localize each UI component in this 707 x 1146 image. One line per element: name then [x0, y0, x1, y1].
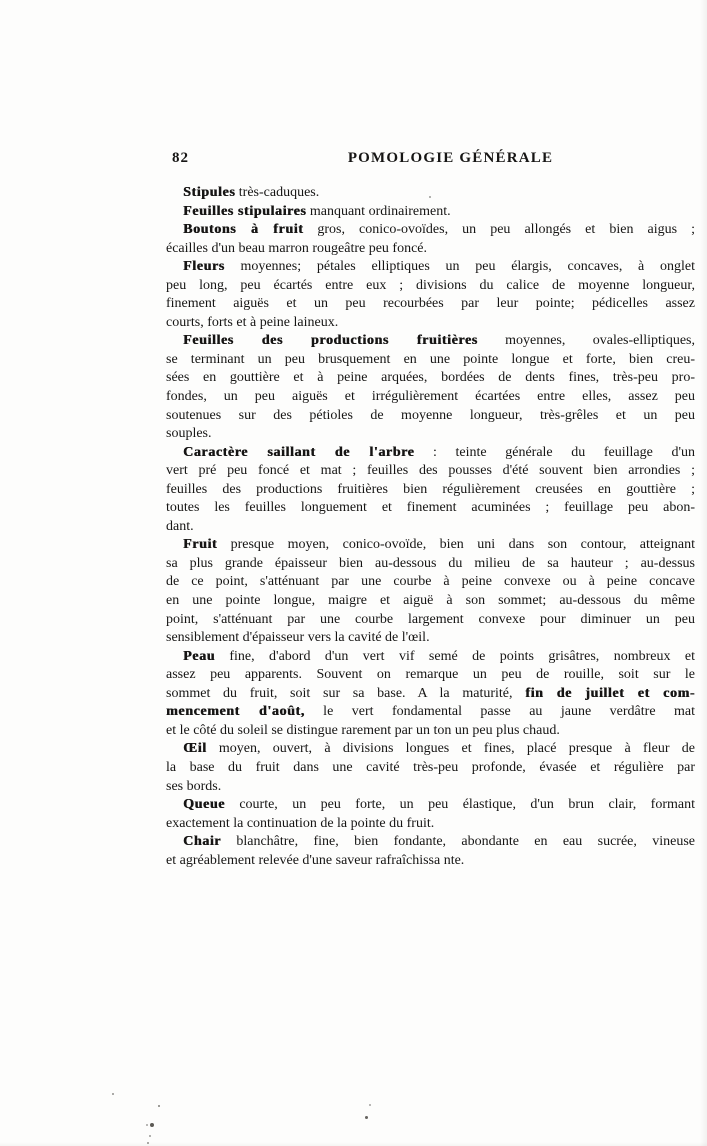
scan-speck — [158, 1105, 160, 1107]
scan-speck — [149, 1135, 151, 1137]
bold-lead: Boutons à fruit — [183, 222, 303, 237]
text-line: écailles d'un beau marron rougeâtre peu … — [166, 240, 695, 259]
text-segment: sées en gouttière et à peine arquées, bo… — [166, 370, 695, 385]
text-segment: assez peu apparents. Souvent on remarque… — [166, 667, 695, 682]
text-line: de ce point, s'atténuant par une courbe … — [166, 573, 695, 592]
text-segment: de ce point, s'atténuant par une courbe … — [166, 574, 695, 589]
text-line: peu long, peu écartés entre eux ; divisi… — [166, 277, 695, 296]
text-segment: ses bords. — [166, 779, 221, 794]
text-line: feuilles des productions fruitières bien… — [166, 481, 695, 500]
text-line: Queue courte, un peu forte, un peu élast… — [166, 796, 695, 815]
paragraph: Œil moyen, ouvert, à divisions longues e… — [166, 740, 695, 796]
text-segment: moyennes, ovales-elliptiques, — [478, 333, 695, 348]
text-line: se terminant un peu brusquement en une p… — [166, 351, 695, 370]
paragraph: Stipules très-caduques. — [166, 184, 695, 203]
text-line: la base du fruit dans une cavité très-pe… — [166, 759, 695, 778]
page-header: 82 POMOLOGIE GÉNÉRALE — [166, 150, 695, 167]
text-segment: exactement la continuation de la pointe … — [166, 816, 434, 831]
text-segment: finement aiguës et un peu recourbées par… — [166, 296, 695, 311]
text-segment: sommet du fruit, soit sur sa base. A la … — [166, 686, 525, 701]
bold-lead: fin de juillet et com- — [525, 686, 695, 701]
text-line: fondes, un peu aiguës et irrégulièrement… — [166, 388, 695, 407]
text-line: Feuilles des productions fruitières moye… — [166, 332, 695, 351]
text-segment: point, s'atténuant par une courbe largem… — [166, 612, 695, 627]
text-line: vert pré peu foncé et mat ; feuilles des… — [166, 462, 695, 481]
text-segment: gros, conico-ovoïdes, un peu allongés et… — [303, 222, 695, 237]
scan-speck — [112, 1093, 114, 1095]
text-segment: moyen, ouvert, à divisions longues et fi… — [207, 741, 695, 756]
text-segment: très-caduques. — [235, 185, 319, 200]
text-line: sées en gouttière et à peine arquées, bo… — [166, 369, 695, 388]
paragraph: Feuilles des productions fruitières moye… — [166, 332, 695, 443]
text-segment: courts, forts et à peine laineux. — [166, 315, 338, 330]
text-segment: courte, un peu forte, un peu élastique, … — [225, 797, 695, 812]
text-segment: et le côté du soleil se distingue rareme… — [166, 723, 560, 738]
text-line: et agréablement relevée d'une saveur raf… — [166, 852, 695, 871]
text-segment: se terminant un peu brusquement en une p… — [166, 352, 695, 367]
bold-lead: Queue — [183, 797, 225, 812]
bold-lead: Caractère saillant de l'arbre — [183, 445, 414, 460]
paragraph: Boutons à fruit gros, conico-ovoïdes, un… — [166, 221, 695, 258]
text-segment: presque moyen, conico-ovoïde, bien uni d… — [217, 537, 695, 552]
scan-speck — [146, 1124, 148, 1126]
text-segment: peu long, peu écartés entre eux ; divisi… — [166, 278, 695, 293]
bold-lead: Stipules — [183, 185, 235, 200]
book-page: 82 POMOLOGIE GÉNÉRALE Stipules très-cadu… — [0, 0, 707, 1146]
text-segment: toutes les feuilles longuement et fineme… — [166, 500, 695, 515]
text-segment: feuilles des productions fruitières bien… — [166, 482, 695, 497]
page-number: 82 — [172, 150, 189, 167]
text-segment: écailles d'un beau marron rougeâtre peu … — [166, 241, 427, 256]
scan-speck — [147, 1142, 149, 1144]
bold-lead: Chair — [183, 834, 221, 849]
text-line: Chair blanchâtre, fine, bien fondante, a… — [166, 833, 695, 852]
text-line: exactement la continuation de la pointe … — [166, 815, 695, 834]
running-title: POMOLOGIE GÉNÉRALE — [166, 150, 695, 167]
paragraph: Caractère saillant de l'arbre : teinte g… — [166, 444, 695, 537]
paragraph: Feuilles stipulaires manquant ordinairem… — [166, 203, 695, 222]
paragraph: Chair blanchâtre, fine, bien fondante, a… — [166, 833, 695, 870]
paragraph: Fleurs moyennes; pétales elliptiques un … — [166, 258, 695, 332]
bold-lead: Œil — [183, 741, 207, 756]
text-segment: sensiblement d'épaisseur vers la cavité … — [166, 630, 430, 645]
bold-lead: Feuilles des productions fruitières — [183, 333, 478, 348]
bold-lead: Peau — [183, 649, 215, 664]
text-line: courts, forts et à peine laineux. — [166, 314, 695, 333]
text-line: en une pointe longue, maigre et aiguë à … — [166, 592, 695, 611]
text-line: toutes les feuilles longuement et fineme… — [166, 499, 695, 518]
text-segment: et agréablement relevée d'une saveur raf… — [166, 853, 464, 868]
text-line: Feuilles stipulaires manquant ordinairem… — [166, 203, 695, 222]
paragraph: Queue courte, un peu forte, un peu élast… — [166, 796, 695, 833]
bold-lead: Feuilles stipulaires — [183, 204, 306, 219]
text-line: sommet du fruit, soit sur sa base. A la … — [166, 685, 695, 704]
text-line: souples. — [166, 425, 695, 444]
paragraph: Peau fine, d'abord d'un vert vif semé de… — [166, 648, 695, 741]
text-segment: la base du fruit dans une cavité très-pe… — [166, 760, 695, 775]
text-line: assez peu apparents. Souvent on remarque… — [166, 666, 695, 685]
text-segment: fondes, un peu aiguës et irrégulièrement… — [166, 389, 695, 404]
text-line: dant. — [166, 518, 695, 537]
text-line: point, s'atténuant par une courbe largem… — [166, 611, 695, 630]
bold-lead: Fruit — [183, 537, 217, 552]
text-segment: vert pré peu foncé et mat ; feuilles des… — [166, 463, 695, 478]
text-line: ses bords. — [166, 778, 695, 797]
bold-lead: mencement d'août, — [166, 704, 305, 719]
text-segment: sa plus grande épaisseur bien au-dessous… — [166, 556, 695, 571]
text-line: Fleurs moyennes; pétales elliptiques un … — [166, 258, 695, 277]
text-line: Stipules très-caduques. — [166, 184, 695, 203]
text-line: mencement d'août, le vert fondamental pa… — [166, 703, 695, 722]
text-segment: dant. — [166, 519, 194, 534]
text-line: finement aiguës et un peu recourbées par… — [166, 295, 695, 314]
text-line: et le côté du soleil se distingue rareme… — [166, 722, 695, 741]
scan-speck — [365, 1116, 368, 1119]
text-segment: manquant ordinairement. — [306, 204, 450, 219]
paragraph: Fruit presque moyen, conico-ovoïde, bien… — [166, 536, 695, 647]
text-segment: souples. — [166, 426, 212, 441]
text-line: Caractère saillant de l'arbre : teinte g… — [166, 444, 695, 463]
text-line: Œil moyen, ouvert, à divisions longues e… — [166, 740, 695, 759]
text-segment: blanchâtre, fine, bien fondante, abondan… — [221, 834, 695, 849]
text-segment: le vert fondamental passe au jaune verdâ… — [305, 704, 695, 719]
text-segment: moyennes; pétales elliptiques un peu éla… — [225, 259, 695, 274]
text-segment: soutenues sur des pétioles de moyenne lo… — [166, 408, 695, 423]
bold-lead: Fleurs — [183, 259, 225, 274]
page-body: Stipules très-caduques.Feuilles stipulai… — [166, 184, 695, 870]
text-column: 82 POMOLOGIE GÉNÉRALE Stipules très-cadu… — [166, 150, 695, 870]
text-line: Fruit presque moyen, conico-ovoïde, bien… — [166, 536, 695, 555]
text-segment: fine, d'abord d'un vert vif semé de poin… — [215, 649, 695, 664]
scan-speck — [150, 1123, 154, 1127]
text-line: soutenues sur des pétioles de moyenne lo… — [166, 407, 695, 426]
text-line: Peau fine, d'abord d'un vert vif semé de… — [166, 648, 695, 667]
text-line: Boutons à fruit gros, conico-ovoïdes, un… — [166, 221, 695, 240]
text-segment: en une pointe longue, maigre et aiguë à … — [166, 593, 695, 608]
text-line: sensiblement d'épaisseur vers la cavité … — [166, 629, 695, 648]
text-line: sa plus grande épaisseur bien au-dessous… — [166, 555, 695, 574]
text-segment: : teinte générale du feuillage d'un — [414, 445, 695, 460]
scan-speck — [369, 1104, 371, 1106]
